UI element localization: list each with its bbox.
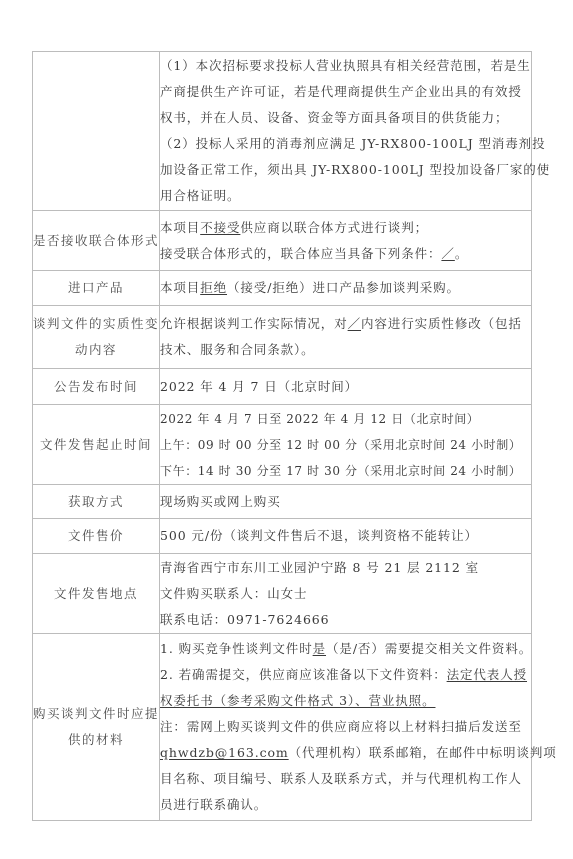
underlined-value: 不接受 (200, 220, 240, 235)
consortium-content: 本项目不接受供应商以联合体方式进行谈判； 接受联合体形式的，联合体应当具备下列条… (160, 211, 532, 271)
row-label-acquisition-method: 获取方式 (33, 485, 160, 519)
underlined-value: 法定代表人授 (447, 667, 527, 682)
sale-period-afternoon: 下午：14 时 30 分至 17 时 30 分（采用北京时间 24 小时制） (160, 458, 531, 484)
materials-item-1: 1. 购买竞争性谈判文件时是（是/否）需要提交相关文件资料。 (160, 636, 531, 662)
consortium-line-1: 本项目不接受供应商以联合体方式进行谈判； (160, 215, 531, 241)
text-fragment: （接受/拒绝）进口产品参加谈判采购。 (227, 280, 460, 295)
document-price-value: 500 元/份（谈判文件售后不退，谈判资格不能转让） (160, 519, 532, 554)
table-row-substantive-changes: 谈判文件的实质性变动内容 允许根据谈判工作实际情况，对／内容进行实质性修改（包括… (33, 306, 532, 369)
document-page: （1）本次招标要求投标人营业执照具有相关经营范围，若是生 产商提供生产许可证，若… (0, 0, 573, 859)
requirement-line: 用合格证明。 (160, 183, 531, 209)
table-row-imported-products: 进口产品 本项目拒绝（接受/拒绝）进口产品参加谈判采购。 (33, 271, 532, 306)
text-fragment: 1. 购买竞争性谈判文件时 (160, 641, 313, 656)
text-fragment: 接受联合体形式的，联合体应当具备下列条件： (160, 246, 441, 261)
underlined-value: ／ (441, 246, 454, 261)
row-label-document-price: 文件售价 (33, 519, 160, 554)
requirement-line: （2）投标人采用的消毒剂应满足 JY-RX800-100LJ 型消毒剂投 (160, 131, 531, 157)
underlined-value: 是 (313, 641, 326, 656)
sale-contact-phone: 联系电话：0971-7624666 (160, 607, 531, 633)
imported-products-line: 本项目拒绝（接受/拒绝）进口产品参加谈判采购。 (160, 275, 531, 301)
table-row-sale-location: 文件发售地点 青海省西宁市东川工业园沪宁路 8 号 21 层 2112 室 文件… (33, 554, 532, 634)
row-label-consortium: 是否接收联合体形式 (33, 211, 160, 271)
materials-note-3: 目名称、项目编号、联系人及联系方式，并与代理机构工作人 (160, 766, 531, 792)
substantive-line-2: 技术、服务和合同条款）。 (160, 337, 531, 363)
requirement-line: 产商提供生产许可证，若是代理商提供生产企业出具的有效授 (160, 79, 531, 105)
underlined-value: 权委托书（参考采购文件格式 3）、营业执照。 (160, 693, 435, 708)
sale-period-content: 2022 年 4 月 7 日至 2022 年 4 月 12 日（北京时间） 上午… (160, 405, 532, 485)
underlined-value: 拒绝 (200, 280, 227, 295)
qualification-requirements: （1）本次招标要求投标人营业执照具有相关经营范围，若是生 产商提供生产许可证，若… (160, 52, 532, 211)
sale-address: 青海省西宁市东川工业园沪宁路 8 号 21 层 2112 室 (160, 555, 531, 581)
table-row-sale-period: 文件发售起止时间 2022 年 4 月 7 日至 2022 年 4 月 12 日… (33, 405, 532, 485)
text-fragment: （代理机构）联系邮箱，在邮件中标明谈判项 (289, 745, 557, 760)
requirement-line: 加设备正常工作，须出具 JY-RX800-100LJ 型投加设备厂家的使 (160, 157, 531, 183)
announcement-time-value: 2022 年 4 月 7 日（北京时间） (160, 369, 532, 405)
procurement-info-table: （1）本次招标要求投标人营业执照具有相关经营范围，若是生 产商提供生产许可证，若… (32, 51, 532, 821)
sale-period-dates: 2022 年 4 月 7 日至 2022 年 4 月 12 日（北京时间） (160, 406, 531, 432)
text-fragment: 本项目 (160, 220, 200, 235)
text-fragment: （是/否）需要提交相关文件资料。 (326, 641, 532, 656)
text-fragment: 2. 若确需提交，供应商应该准备以下文件资料： (160, 667, 447, 682)
row-label-empty (33, 52, 160, 211)
text-fragment: 供应商以联合体方式进行谈判； (240, 220, 428, 235)
sale-contact-person: 文件购买联系人：山女士 (160, 581, 531, 607)
materials-note-2: qhwdzb@163.com（代理机构）联系邮箱，在邮件中标明谈判项 (160, 740, 531, 766)
materials-note-4: 员进行联系确认。 (160, 792, 531, 818)
table-row-document-price: 文件售价 500 元/份（谈判文件售后不退，谈判资格不能转让） (33, 519, 532, 554)
agency-email-link[interactable]: qhwdzb@163.com (160, 745, 289, 760)
text-fragment: 本项目 (160, 280, 200, 295)
substantive-changes-content: 允许根据谈判工作实际情况，对／内容进行实质性修改（包括 技术、服务和合同条款）。 (160, 306, 532, 369)
imported-products-content: 本项目拒绝（接受/拒绝）进口产品参加谈判采购。 (160, 271, 532, 306)
row-label-sale-period: 文件发售起止时间 (33, 405, 160, 485)
text-fragment: 允许根据谈判工作实际情况，对 (160, 316, 348, 331)
announcement-time-text: 2022 年 4 月 7 日（北京时间） (160, 374, 531, 400)
row-label-announcement-time: 公告发布时间 (33, 369, 160, 405)
materials-item-2-cont: 权委托书（参考采购文件格式 3）、营业执照。 (160, 688, 531, 714)
sale-location-content: 青海省西宁市东川工业园沪宁路 8 号 21 层 2112 室 文件购买联系人：山… (160, 554, 532, 634)
row-label-substantive-changes: 谈判文件的实质性变动内容 (33, 306, 160, 369)
requirement-line: （1）本次招标要求投标人营业执照具有相关经营范围，若是生 (160, 53, 531, 79)
materials-item-2: 2. 若确需提交，供应商应该准备以下文件资料：法定代表人授 (160, 662, 531, 688)
substantive-line-1: 允许根据谈判工作实际情况，对／内容进行实质性修改（包括 (160, 311, 531, 337)
row-label-required-materials: 购买谈判文件时应提供的材料 (33, 634, 160, 821)
sale-period-morning: 上午：09 时 00 分至 12 时 00 分（采用北京时间 24 小时制） (160, 432, 531, 458)
row-label-sale-location: 文件发售地点 (33, 554, 160, 634)
table-row-announcement-time: 公告发布时间 2022 年 4 月 7 日（北京时间） (33, 369, 532, 405)
row-label-imported-products: 进口产品 (33, 271, 160, 306)
acquisition-method-value: 现场购买或网上购买 (160, 485, 532, 519)
table-row-qualifications: （1）本次招标要求投标人营业执照具有相关经营范围，若是生 产商提供生产许可证，若… (33, 52, 532, 211)
text-fragment: 内容进行实质性修改（包括 (361, 316, 522, 331)
acquisition-method-text: 现场购买或网上购买 (160, 489, 531, 515)
required-materials-content: 1. 购买竞争性谈判文件时是（是/否）需要提交相关文件资料。 2. 若确需提交，… (160, 634, 532, 821)
table-row-required-materials: 购买谈判文件时应提供的材料 1. 购买竞争性谈判文件时是（是/否）需要提交相关文… (33, 634, 532, 821)
consortium-line-2: 接受联合体形式的，联合体应当具备下列条件：／。 (160, 241, 531, 267)
table-row-consortium: 是否接收联合体形式 本项目不接受供应商以联合体方式进行谈判； 接受联合体形式的，… (33, 211, 532, 271)
text-fragment: 。 (455, 246, 468, 261)
materials-note-1: 注：需网上购买谈判文件的供应商应将以上材料扫描后发送至 (160, 714, 531, 740)
document-price-text: 500 元/份（谈判文件售后不退，谈判资格不能转让） (160, 523, 531, 549)
requirement-line: 权书，并在人员、设备、资金等方面具备项目的供货能力； (160, 105, 531, 131)
underlined-value: ／ (348, 316, 361, 331)
table-row-acquisition-method: 获取方式 现场购买或网上购买 (33, 485, 532, 519)
